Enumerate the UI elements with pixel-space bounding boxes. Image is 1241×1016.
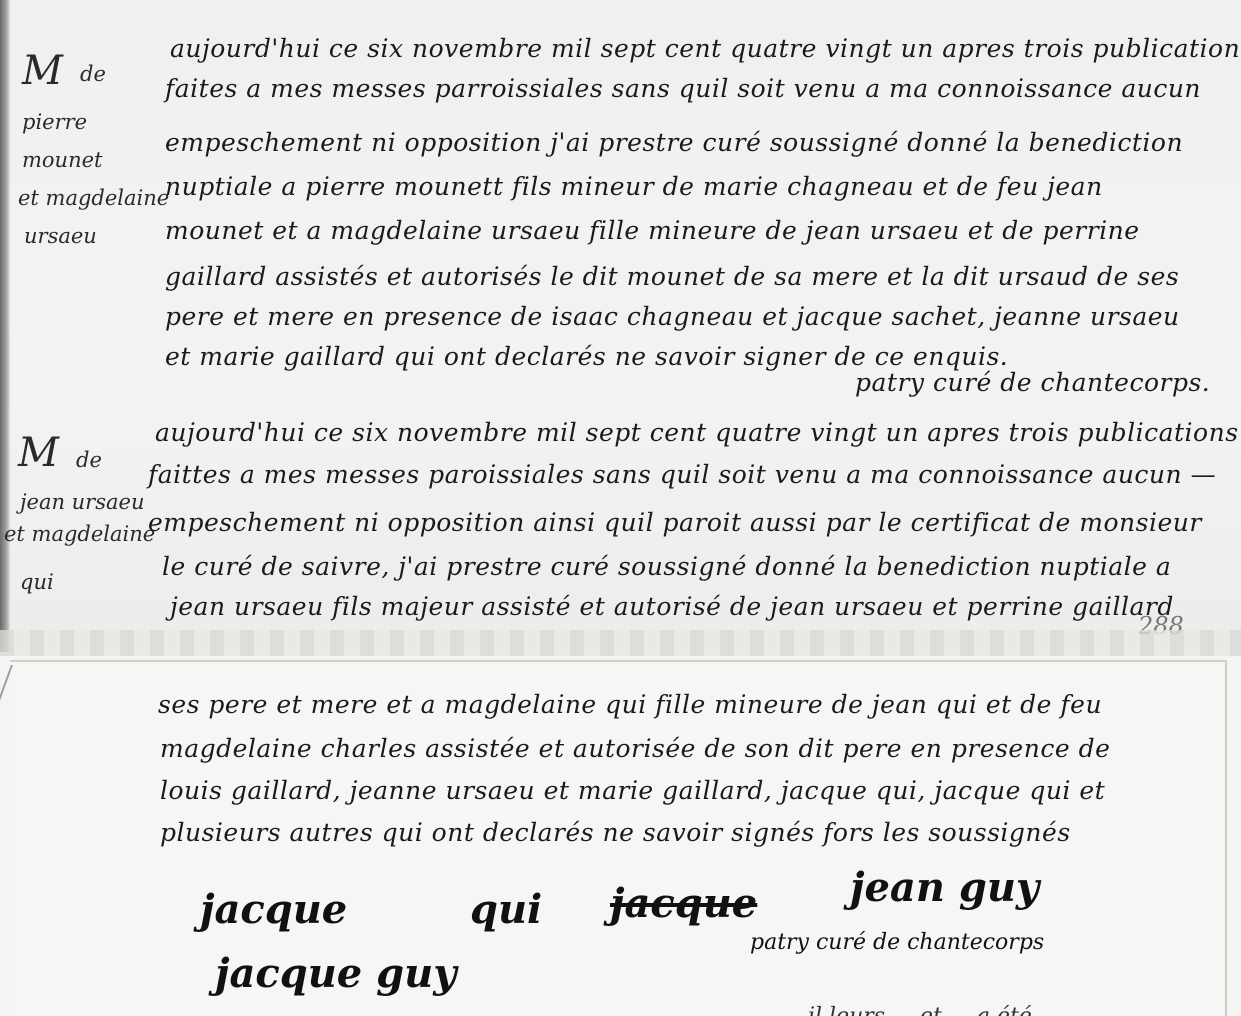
curate-signature: patry curé de chantecorps: [750, 930, 1044, 955]
margin-note-line: et magdelaine: [4, 522, 155, 546]
entry-line: nuptiale a pierre mounett fils mineur de…: [165, 172, 1103, 201]
signature-qui: qui: [470, 886, 542, 933]
entry-line: aujourd'hui ce six novembre mil sept cen…: [155, 418, 1239, 447]
curate-signature: patry curé de chantecorps.: [855, 368, 1210, 397]
signature-jean-guy: jean guy: [850, 864, 1039, 911]
entry-line: empeschement ni opposition ainsi quil pa…: [148, 508, 1202, 537]
margin-note-line: de: [76, 448, 102, 472]
entry-line: faites a mes messes parroissiales sans q…: [165, 74, 1201, 103]
entry-line: magdelaine charles assistée et autorisée…: [160, 734, 1110, 763]
entry-line: empeschement ni opposition j'ai prestre …: [165, 128, 1183, 157]
entry-line: et marie gaillard qui ont declarés ne sa…: [165, 342, 1008, 371]
margin-note-line: ursaeu: [24, 224, 97, 248]
signature-jacque-guy: jacque guy: [215, 950, 456, 997]
margin-note-line: mounet: [22, 148, 102, 172]
binding-edge: [0, 0, 10, 652]
signature-struck: jacque: [610, 880, 757, 927]
entry-line: aujourd'hui ce six novembre mil sept cen…: [170, 34, 1240, 63]
signature-jacque: jacque: [200, 886, 347, 933]
margin-note-line: qui: [20, 570, 54, 594]
entry-line: pere et mere en presence de isaac chagne…: [165, 302, 1180, 331]
register-page-upper: M de pierre mounet et magdelaine ursaeu …: [0, 0, 1241, 652]
margin-initial: M: [18, 430, 59, 476]
entry-line: mounet et a magdelaine ursaeu fille mine…: [165, 216, 1140, 245]
torn-page-edge: [0, 630, 1241, 656]
margin-note-line: et magdelaine: [18, 186, 169, 210]
next-entry-fragment: ... il leurs ... et ... a été: [780, 1004, 1032, 1016]
entry-line: louis gaillard, jeanne ursaeu et marie g…: [160, 776, 1105, 805]
margin-note-line: pierre: [22, 110, 87, 134]
entry-line: faittes a mes messes paroissiales sans q…: [148, 460, 1216, 489]
entry-line: gaillard assistés et autorisés le dit mo…: [165, 262, 1179, 291]
entry-line: le curé de saivre, j'ai prestre curé sou…: [162, 552, 1171, 581]
entry-line: plusieurs autres qui ont declarés ne sav…: [160, 818, 1071, 847]
margin-note-line: de: [80, 62, 106, 86]
margin-initial: M: [22, 48, 63, 94]
entry-line: ses pere et mere et a magdelaine qui fil…: [158, 690, 1102, 719]
entry-line: jean ursaeu fils majeur assisté et autor…: [170, 592, 1174, 621]
margin-note-line: jean ursaeu: [20, 490, 144, 514]
